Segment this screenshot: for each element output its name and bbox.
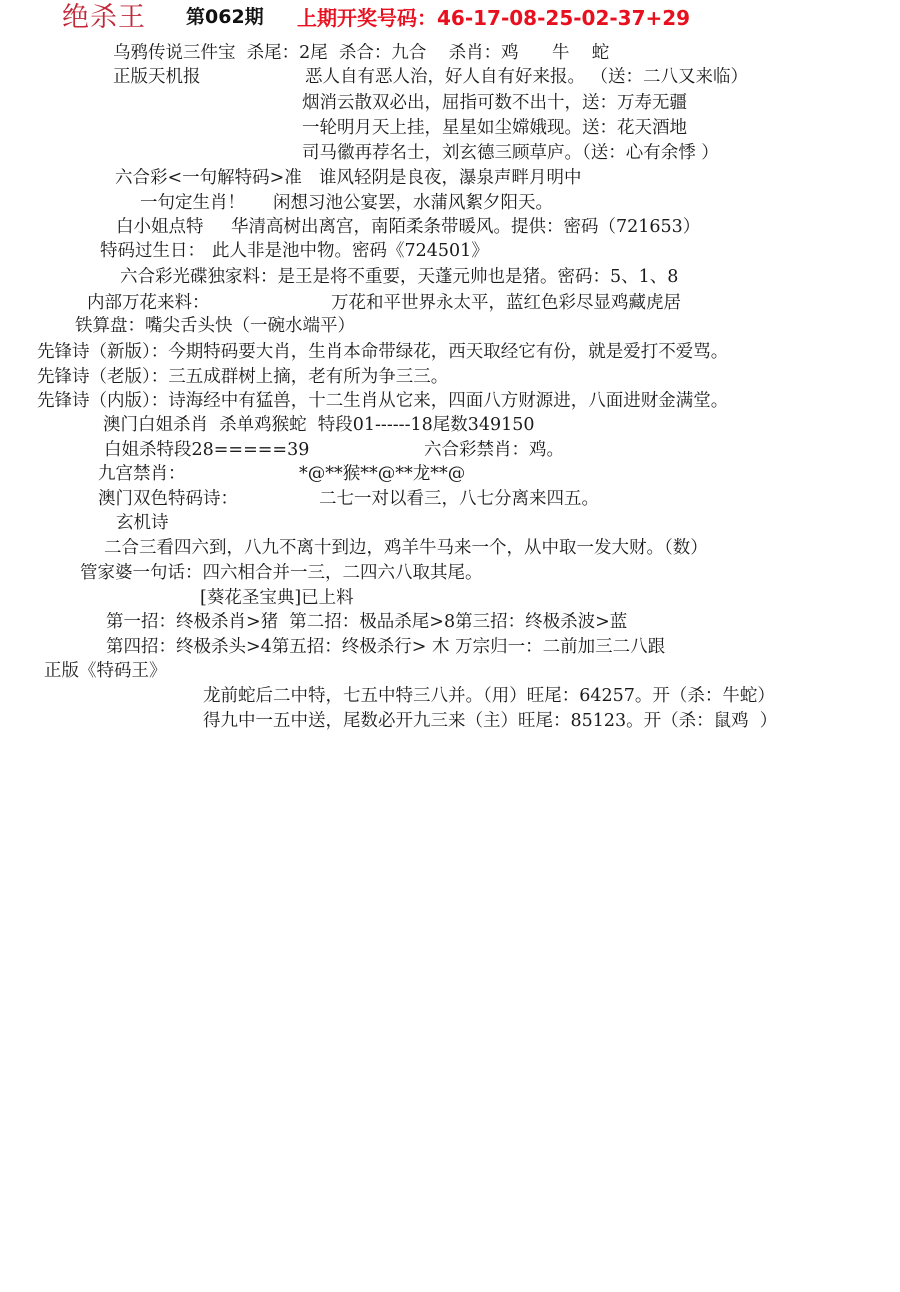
text-line: 六合彩<一句解特码>准: [115, 170, 302, 188]
text-line: 先锋诗（新版）：今期特码要大肖，生肖本命带绿花，西天取经它有份，就是爱打不爱骂。: [37, 344, 728, 362]
last-draw-label: 上期开奖号码：: [297, 6, 437, 30]
text-line: 第四招：终极杀头>4第五招：终极杀行> 木 万宗归一：二前加三二八跟: [106, 639, 665, 657]
text-line: 此人非是池中物。密码《724501》: [212, 243, 489, 261]
text-line: 一句定生肖！: [140, 195, 245, 213]
text-line: [葵花圣宝典]已上料: [200, 590, 354, 608]
text-line: 正版天机报: [113, 69, 201, 87]
text-line: 六合彩光碟独家料：是王是将不重要，天蓬元帅也是猪。密码：5、1、8: [120, 269, 678, 287]
text-line: 龙前蛇后二中特，七五中特三八并。（用）旺尾：64257。开（杀：牛蛇）: [203, 688, 775, 706]
text-line: 白姐杀特段28=====39: [104, 442, 309, 460]
text-line: 六合彩禁肖：鸡。: [424, 442, 564, 460]
text-line: 澳门白姐杀肖 杀单鸡猴蛇 特段01------18尾数349150: [103, 417, 535, 435]
text-line: 谁风轻阴是良夜，瀑泉声畔月明中: [319, 170, 582, 188]
text-line: 玄机诗: [116, 515, 169, 533]
text-line: 白小姐点特: [116, 219, 204, 237]
issue-number: 第062期: [186, 8, 264, 27]
text-line: 闲想习池公宴罢，水蒲风絮夕阳天。: [273, 195, 553, 213]
last-draw-result: 上期开奖号码：46-17-08-25-02-37+29: [297, 8, 690, 28]
text-line: *@**猴**@**龙**@: [299, 466, 465, 484]
text-line: 澳门双色特码诗：: [98, 491, 238, 509]
text-line: 九宫禁肖：: [98, 466, 186, 484]
text-line: 万花和平世界永太平，蓝红色彩尽显鸡藏虎居: [331, 295, 681, 313]
text-line: 二合三看四六到，八九不离十到边，鸡羊牛马来一个，从中取一发大财。（数）: [104, 540, 708, 558]
text-line: 华清高树出离宫，南陌柔条带暖风。提供：密码（721653）: [231, 219, 700, 237]
text-line: 二七一对以看三，八七分离来四五。: [319, 491, 599, 509]
text-line: 第一招：终极杀肖>猪 第二招：极品杀尾>8第三招：终极杀波>蓝: [106, 614, 627, 632]
text-line: 恶人自有恶人治，好人自有好来报。 （送：二八又来临）: [305, 69, 748, 87]
text-line: 烟消云散双必出，屈指可数不出十，送：万寿无疆: [302, 95, 687, 113]
text-line: 先锋诗（内版）：诗海经中有猛兽，十二生肖从它来，四面八方财源进，八面进财金满堂。: [37, 393, 728, 411]
last-draw-numbers: 46-17-08-25-02-37+29: [437, 6, 690, 30]
text-line: 乌鸦传说三件宝 杀尾：2尾 杀合：九合 杀肖：鸡 牛 蛇: [113, 45, 609, 63]
text-line: 司马徽再荐名士，刘玄德三顾草庐。（送：心有余悸 ）: [302, 145, 719, 163]
text-line: 先锋诗（老版）：三五成群树上摘，老有所为争三三。: [37, 369, 448, 387]
text-line: 特码过生日：: [100, 243, 205, 261]
text-line: 铁算盘：嘴尖舌头快（一碗水端平）: [75, 318, 355, 336]
text-line: 一轮明月天上挂，星星如尘嫦娥现。送：花天酒地: [302, 120, 687, 138]
text-line: 内部万花来料：: [87, 295, 210, 313]
text-line: 管家婆一句话：四六相合并一三，二四六八取其尾。: [80, 565, 483, 583]
text-line: 得九中一五中送，尾数必开九三来（主）旺尾：85123。开（杀：鼠鸡 ）: [203, 713, 777, 731]
brand-title: 绝杀王: [62, 4, 146, 31]
text-line: 正版《特码王》: [44, 663, 167, 681]
